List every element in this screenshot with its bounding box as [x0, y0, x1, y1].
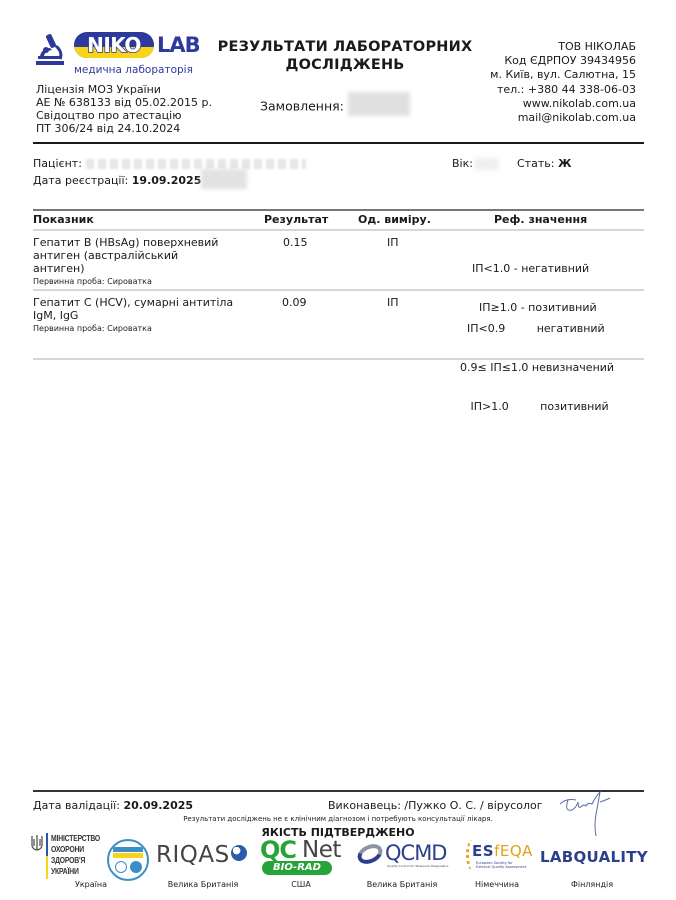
license-line: АЕ № 638133 від 05.02.2015 р. [36, 96, 212, 109]
table-top-rule [33, 209, 644, 211]
redacted-patient-name [86, 159, 306, 169]
sex-label: Стать: [517, 157, 554, 170]
validation-date: Дата валідації: 20.09.2025 [33, 799, 193, 812]
header-bottom-rule [33, 229, 644, 231]
table-row: Гепатит В (HBsAg) поверхневий антиген (а… [33, 236, 218, 286]
row-divider [33, 289, 644, 291]
column-header-result: Результат [264, 213, 328, 226]
qcnet-biorad-logo: QC Net BIO-RAD [260, 840, 348, 880]
globe-icon [231, 845, 247, 861]
license-line: Свідоцтво про атестацію [36, 109, 212, 122]
sample-type: Первинна проба: Сироватка [33, 277, 218, 286]
table-row: Гепатит С (HCV), сумарні антитіла IgM, I… [33, 296, 233, 333]
microscope-icon [36, 32, 64, 66]
company-phone: тел.: +380 44 338-06-03 [490, 83, 636, 97]
country-label: США [256, 880, 346, 889]
country-label: Німеччина [452, 880, 542, 889]
logo-lab-text: LAB [157, 33, 200, 57]
document-title: РЕЗУЛЬТАТИ ЛАБОРАТОРНИХ ДОСЛІДЖЕНЬ [200, 38, 490, 74]
validation-value: 20.09.2025 [123, 799, 193, 812]
age-field: Вік: [452, 157, 499, 170]
ukrmetrteststandart-badge [107, 839, 149, 881]
company-address: м. Київ, вул. Салютна, 15 [490, 68, 636, 82]
sex-value: Ж [558, 157, 571, 170]
logo-pill: NIKO [74, 32, 154, 58]
patient-label: Пацієнт: [33, 157, 82, 170]
indicator-name: Гепатит В (HBsAg) поверхневий антиген (а… [33, 236, 218, 275]
country-label: Україна [46, 880, 136, 889]
result-value: 0.09 [282, 296, 307, 309]
reference-range: ІП<0.9 негативний 0.9≤ ІП≤1.0 невизначен… [460, 296, 614, 426]
moz-ukraine-logo: МІНІСТЕРСТВО ОХОРОНИ ЗДОРОВ'Я УКРАЇНИ [31, 833, 111, 879]
company-email[interactable]: mail@nikolab.com.ua [490, 111, 636, 125]
unit-value: ІП [387, 236, 399, 249]
validation-label: Дата валідації: [33, 799, 120, 812]
company-website[interactable]: www.nikolab.com.ua [490, 97, 636, 111]
patient-field: Пацієнт: [33, 157, 306, 170]
license-line: ПТ 306/24 від 24.10.2024 [36, 122, 212, 135]
row-divider [33, 358, 644, 360]
sex-field: Стать: Ж [517, 157, 571, 170]
company-code: Код ЄДРПОУ 39434956 [490, 54, 636, 68]
esfeqa-logo: ESfEQA European Society for External Qua… [466, 840, 536, 874]
trident-icon [31, 835, 43, 851]
disclaimer: Результати досліджень не є клінічним діа… [0, 815, 676, 823]
country-label: Велика Британія [357, 880, 447, 889]
country-label: Фінляндія [547, 880, 637, 889]
footer-divider [33, 790, 644, 792]
license-info: Ліцензія МОЗ України АЕ № 638133 від 05.… [36, 83, 212, 135]
labquality-logo: LABQUALITY [540, 848, 648, 866]
qcmd-swirl-icon [354, 840, 385, 867]
column-header-indicator: Показник [33, 213, 94, 226]
order-label: Замовлення: [260, 99, 344, 114]
header-divider [33, 142, 644, 144]
result-value: 0.15 [283, 236, 308, 249]
license-line: Ліцензія МОЗ України [36, 83, 212, 96]
reg-date-label: Дата реєстрації: [33, 174, 128, 187]
indicator-name: Гепатит С (HCV), сумарні антитіла IgM, I… [33, 296, 233, 322]
redacted-age [475, 158, 499, 170]
country-label: Велика Британія [158, 880, 248, 889]
qcmd-logo: QCMD Quality Control for Molecular Diagn… [357, 843, 452, 867]
registration-date: Дата реєстрації: 19.09.2025 [33, 173, 247, 189]
company-name: ТОВ НІКОЛАБ [490, 40, 636, 54]
logo-subtitle: медична лабораторія [74, 64, 193, 76]
column-header-unit: Од. виміру. [358, 213, 431, 226]
performer: Виконавець: /Пужко О. С. / вірусолог [328, 799, 543, 812]
unit-value: ІП [387, 296, 399, 309]
reg-date-value: 19.09.2025 [132, 174, 202, 187]
redacted-order-number [348, 92, 410, 116]
riqas-logo: RIQAS [156, 842, 247, 868]
age-label: Вік: [452, 157, 473, 170]
company-info: ТОВ НІКОЛАБ Код ЄДРПОУ 39434956 м. Київ,… [490, 40, 636, 125]
nikolab-logo: NIKO LAB медична лабораторія [36, 30, 196, 80]
order-number: Замовлення: [260, 98, 410, 116]
column-header-reference: Реф. значення [494, 213, 587, 226]
redacted-reg-time [201, 169, 247, 189]
sample-type: Первинна проба: Сироватка [33, 324, 233, 333]
